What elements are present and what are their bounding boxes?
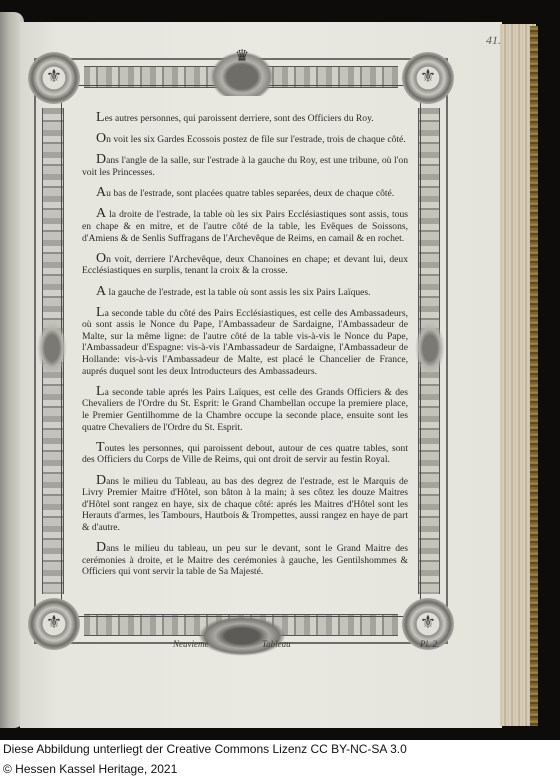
paragraph: A la gauche de l'estrade, est la table o… <box>82 286 408 299</box>
paragraph: Dans le milieu du Tableau, au bas des de… <box>82 475 408 534</box>
engraved-text-block: Les autres personnes, qui paroissent der… <box>82 112 408 587</box>
side-ornament-icon <box>35 318 69 378</box>
paragraph: Dans l'angle de la salle, sur l'estrade … <box>82 154 408 178</box>
fleur-de-lis-icon: ⚜ <box>28 598 80 650</box>
paragraph: La seconde table aprés les Pairs Laïques… <box>82 386 408 433</box>
copyright-text: © Hessen Kassel Heritage, 2021 <box>3 762 177 776</box>
paragraph: On voit les six Gardes Ecossois postez d… <box>82 133 408 146</box>
paragraph: Les autres personnes, qui paroissent der… <box>82 112 408 125</box>
paragraph: La seconde table du côté des Pairs Ecclé… <box>82 307 408 378</box>
license-footer: Diese Abbildung unterliegt der Creative … <box>0 740 560 779</box>
paragraph: On voit, derriere l'Archevêque, deux Cha… <box>82 253 408 277</box>
royal-crest-icon: ♛ <box>206 48 278 96</box>
paragraph: Au bas de l'estrade, sont placées quatre… <box>82 187 408 200</box>
paragraph: A la droite de l'estrade, la table où le… <box>82 208 408 244</box>
fleur-de-lis-icon: ⚜ <box>28 52 80 104</box>
fleur-de-lis-icon: ⚜ <box>402 52 454 104</box>
folio-number: 41. <box>486 33 501 48</box>
caption-right: Tableau <box>262 639 291 649</box>
caption-left: Neuvieme <box>173 639 208 649</box>
book-scan: 41. ⚜ ⚜ ⚜ ⚜ ♛ Les autres personnes, qui … <box>0 0 560 740</box>
trophy-cartouche-icon <box>194 614 290 658</box>
paragraph: Toutes les personnes, qui paroissent deb… <box>82 442 408 466</box>
plate-number: Pl. 2. <box>420 639 439 649</box>
gilt-binding-edge <box>530 26 538 726</box>
paragraph: Dans le milieu du tableau, un peu sur le… <box>82 542 408 578</box>
side-ornament-icon <box>413 318 447 378</box>
license-text: Diese Abbildung unterliegt der Creative … <box>3 742 407 756</box>
